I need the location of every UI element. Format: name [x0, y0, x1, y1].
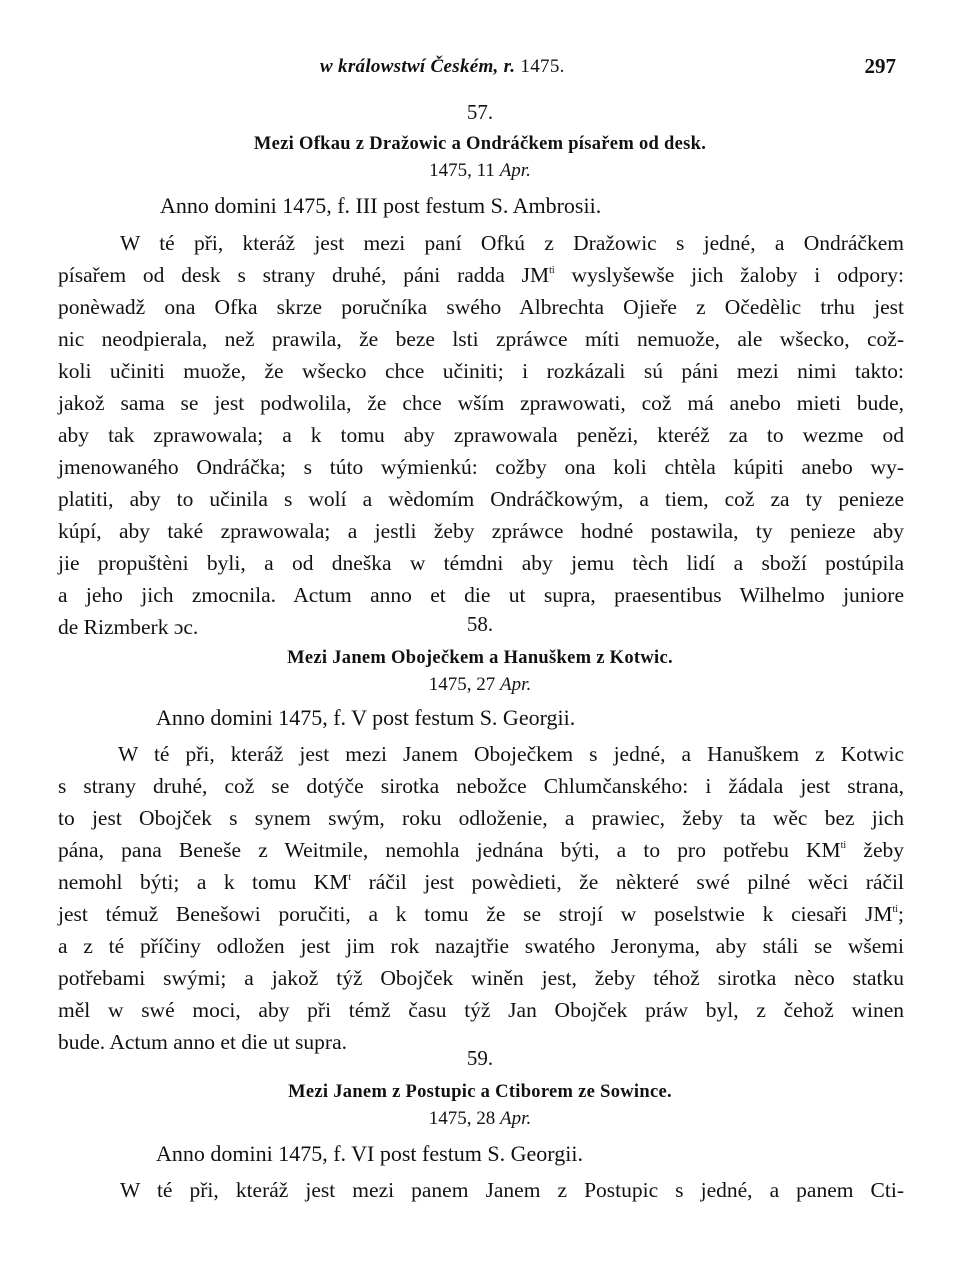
- text-span: ;: [898, 902, 904, 926]
- entry-anno-line: Anno domini 1475, f. III post festum S. …: [160, 193, 601, 219]
- text-line: koli učiniti muože, že wšecko chce učini…: [58, 355, 904, 387]
- text-line: a z té příčiny odložen jest jim rok naza…: [58, 930, 904, 962]
- running-header: w králowstwí Českém, r. 1475.: [320, 56, 565, 78]
- text-line: písařem od desk s strany druhé, páni rad…: [58, 259, 904, 291]
- entry-date-prefix: 1475, 27: [429, 674, 496, 695]
- text-line: kúpí, aby také zprawowala; a jestli žeby…: [58, 515, 904, 547]
- text-span: jest témuž Benešowi poručiti, a k tomu ž…: [58, 902, 892, 926]
- text-line: W té při, kteráž jest mezi panem Janem z…: [120, 1174, 904, 1206]
- text-line: jmenowaného Ondráčka; s túto wýmienkú: c…: [58, 451, 904, 483]
- text-line: potřebami swými; a jakož týž Obojček win…: [58, 962, 904, 994]
- text-span: žeby: [846, 838, 904, 862]
- text-line: platiti, aby to učinila s wolí a wèdomím…: [58, 483, 904, 515]
- text-line: to jest Obojček s synem swým, roku odlož…: [58, 802, 904, 834]
- entry-number: 58.: [0, 612, 960, 637]
- text-line: W té při, kteráž jest mezi paní Ofkú z D…: [120, 227, 904, 259]
- document-page: w králowstwí Českém, r. 1475. 297 57. Me…: [0, 0, 960, 1263]
- text-line: s strany druhé, což se dotýče sirotka ne…: [58, 770, 904, 802]
- entry-date-month: Apr.: [500, 1108, 531, 1129]
- text-span: ráčil jest powèdieti, že nèkteré swé pil…: [351, 870, 904, 894]
- entry-anno-line: Anno domini 1475, f. VI post festum S. G…: [156, 1141, 583, 1167]
- entry-number: 59.: [0, 1046, 960, 1071]
- entry-date: 1475, 27 Apr.: [0, 674, 960, 696]
- entry-date-prefix: 1475, 11: [429, 160, 495, 181]
- entry-anno-line: Anno domini 1475, f. V post festum S. Ge…: [156, 705, 575, 731]
- entry-title: Mezi Ofkau z Dražowic a Ondráčkem písaře…: [0, 134, 960, 155]
- text-line: nic neodpierala, než prawila, že beze ls…: [58, 323, 904, 355]
- entry-title: Mezi Janem Oboječkem a Hanuškem z Kotwic…: [0, 648, 960, 669]
- entry-date: 1475, 28 Apr.: [0, 1108, 960, 1130]
- text-span: wyslyšewše jich žaloby i odpory:: [555, 263, 904, 287]
- text-line: a jeho jich zmocnila. Actum anno et die …: [58, 579, 904, 611]
- text-line: jie propuštèni byli, a od dneška w témdn…: [58, 547, 904, 579]
- text-span: písařem od desk s strany druhé, páni rad…: [58, 263, 549, 287]
- text-line: ponèwadž ona Ofka skrze poručníka swého …: [58, 291, 904, 323]
- text-line: jest témuž Benešowi poručiti, a k tomu ž…: [58, 898, 904, 930]
- text-line: pána, pana Beneše z Weitmile, nemohla je…: [58, 834, 904, 866]
- text-line: měl w swé moci, aby při témž času týž Ja…: [58, 994, 904, 1026]
- entry-number: 57.: [0, 100, 960, 125]
- entry-date-prefix: 1475, 28: [429, 1108, 496, 1129]
- entry-date-month: Apr.: [500, 674, 531, 695]
- text-span: pána, pana Beneše z Weitmile, nemohla je…: [58, 838, 841, 862]
- running-year: 1475.: [520, 56, 564, 77]
- running-title: w králowstwí Českém, r.: [320, 56, 515, 77]
- text-span: nemohl býti; a k tomu KM: [58, 870, 348, 894]
- entry-title: Mezi Janem z Postupic a Ctiborem ze Sowi…: [0, 1082, 960, 1103]
- page-number: 297: [865, 54, 897, 79]
- text-line: nemohl býti; a k tomu KMt ráčil jest pow…: [58, 866, 904, 898]
- entry-date-month: Apr.: [500, 160, 531, 181]
- text-line: aby tak zprawowala; a k tomu aby zprawow…: [58, 419, 904, 451]
- text-line: W té při, kteráž jest mezi Janem Oboječk…: [118, 738, 904, 770]
- entry-date: 1475, 11 Apr.: [0, 160, 960, 182]
- text-line: jakož sama se jest podwolila, že chce wš…: [58, 387, 904, 419]
